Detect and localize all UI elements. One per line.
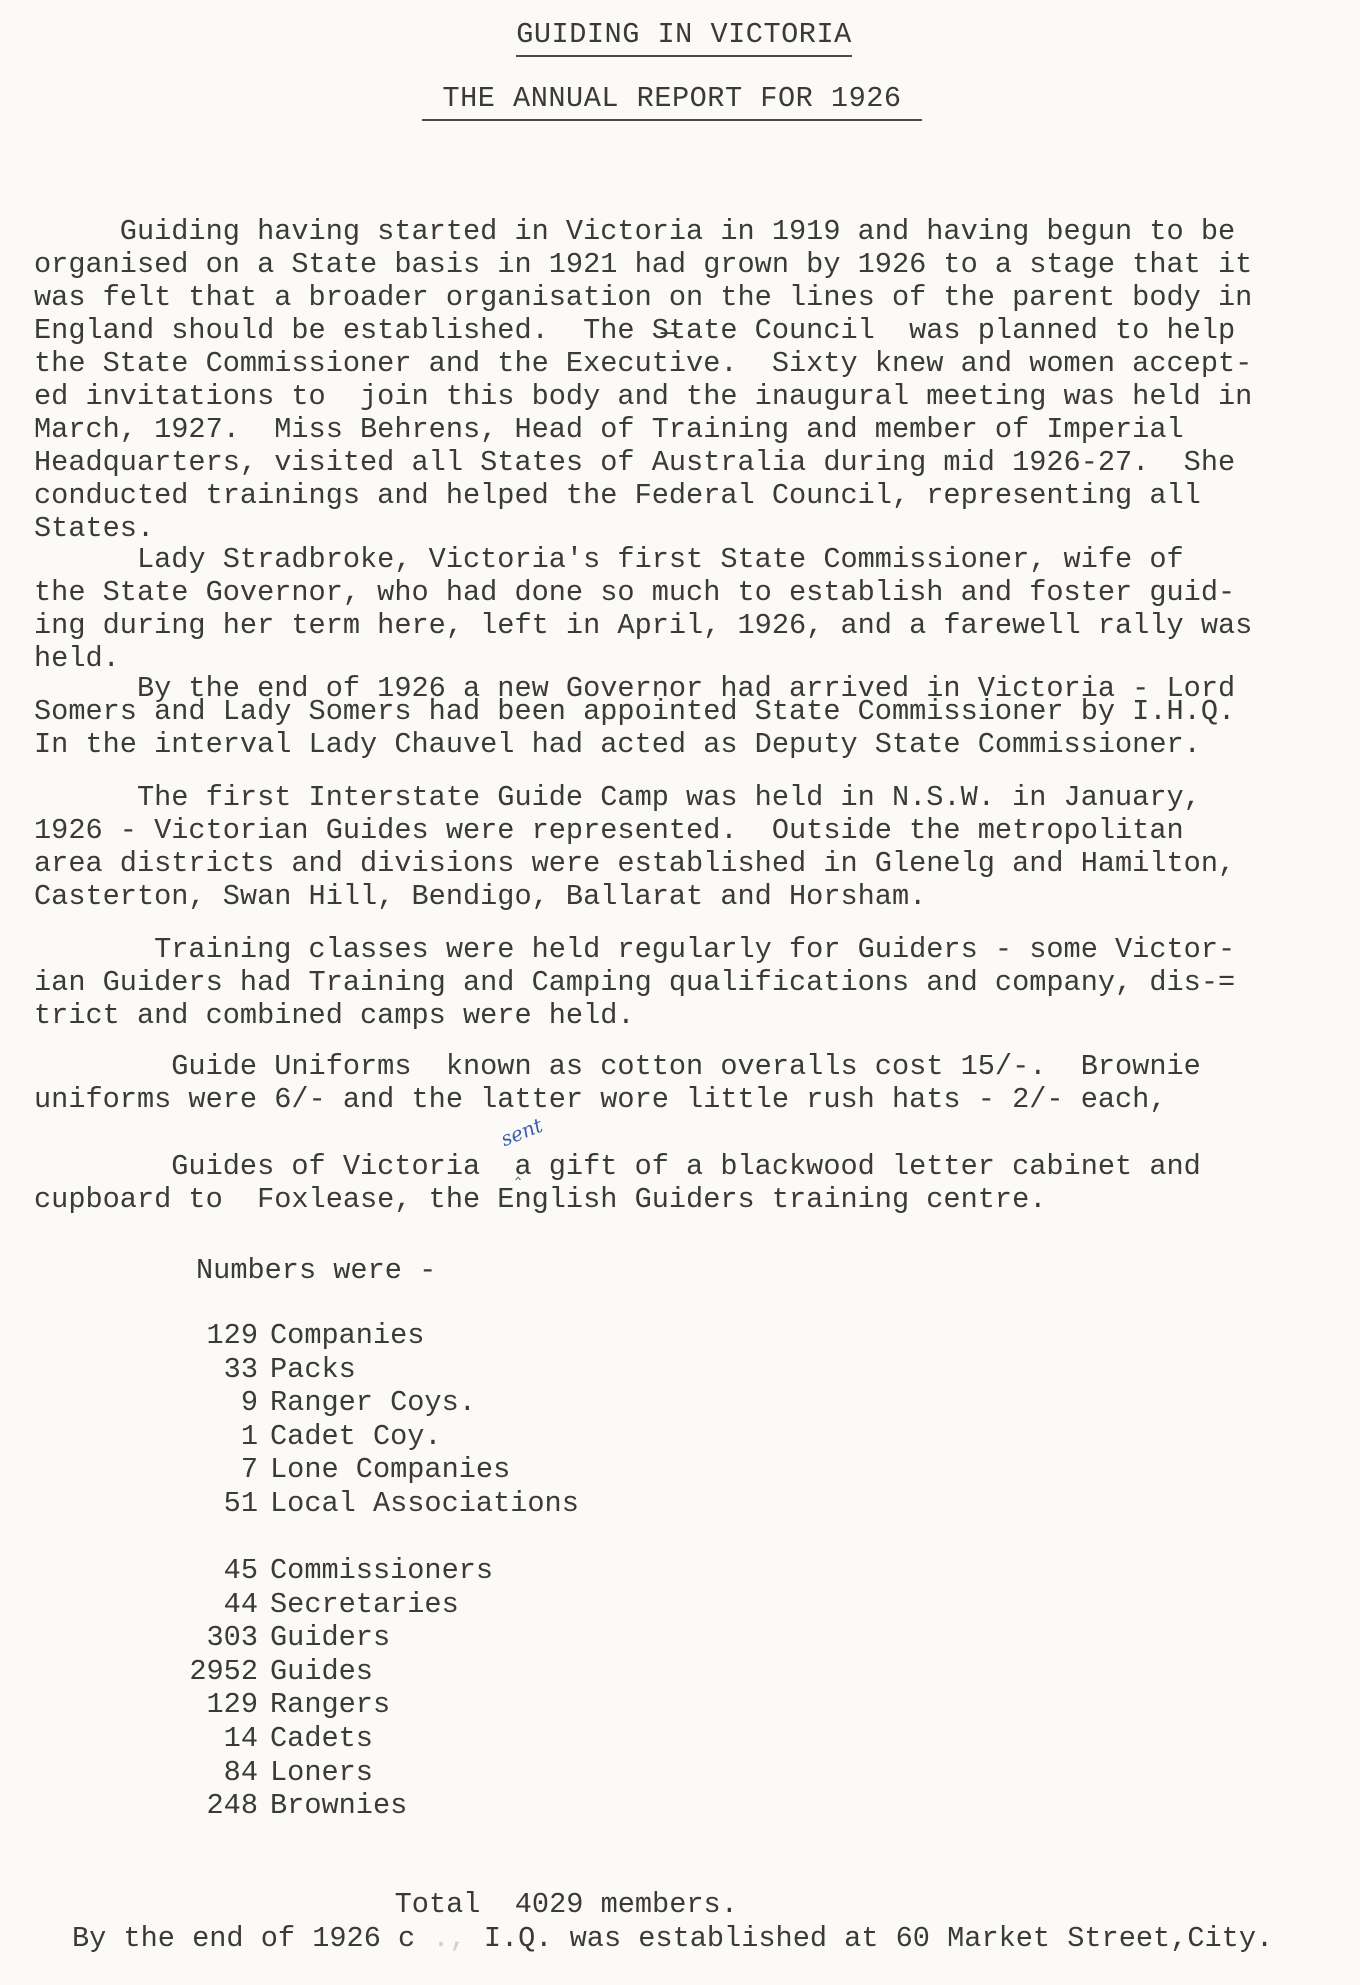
- paragraph-line: England should be established. The S̶tat…: [34, 317, 1235, 346]
- count-row: 45Commissioners: [178, 1557, 493, 1586]
- count-value: 44: [178, 1591, 258, 1620]
- paragraph-line: Guiding having started in Victoria in 19…: [34, 218, 1235, 247]
- numbers-heading: Numbers were -: [196, 1257, 436, 1286]
- paragraph-line: the State Commissioner and the Executive…: [34, 350, 1252, 379]
- count-value: 45: [178, 1557, 258, 1586]
- count-value: 7: [178, 1456, 258, 1485]
- count-value: 2952: [178, 1658, 258, 1687]
- count-label: Guiders: [270, 1621, 390, 1654]
- count-label: Loners: [270, 1756, 373, 1789]
- document-title: GUIDING IN VICTORIA: [516, 18, 852, 57]
- count-value: 248: [178, 1792, 258, 1821]
- count-row: 9Ranger Coys.: [178, 1389, 476, 1418]
- handwritten-annotation: sent: [497, 1113, 546, 1151]
- count-label: Packs: [270, 1353, 356, 1386]
- count-row: 248Brownies: [178, 1792, 407, 1821]
- paragraph-line: was felt that a broader organisation on …: [34, 284, 1252, 313]
- count-label: Cadets: [270, 1722, 373, 1755]
- document-subtitle-wrap: THE ANNUAL REPORT FOR 1926: [0, 82, 1360, 121]
- paragraph-line: ed invitations to join this body and the…: [34, 383, 1252, 412]
- count-value: 33: [178, 1356, 258, 1385]
- document-page: GUIDING IN VICTORIA THE ANNUAL REPORT FO…: [0, 0, 1360, 1985]
- paragraph-line: March, 1927. Miss Behrens, Head of Train…: [34, 416, 1184, 445]
- paragraph-line: the State Governor, who had done so much…: [34, 579, 1235, 608]
- total-value: 4029: [515, 1888, 584, 1921]
- count-label: Guides: [270, 1655, 373, 1688]
- count-row: 14Cadets: [178, 1725, 373, 1754]
- count-value: 1: [178, 1423, 258, 1452]
- count-value: 84: [178, 1759, 258, 1788]
- paragraph-line: Casterton, Swan Hill, Bendigo, Ballarat …: [34, 883, 926, 912]
- paragraph-line: Guide Uniforms known as cotton overalls …: [34, 1053, 1201, 1082]
- document-title-wrap: GUIDING IN VICTORIA: [0, 18, 1360, 57]
- paragraph-line: Training classes were held regularly for…: [34, 936, 1235, 965]
- count-value: 129: [178, 1691, 258, 1720]
- count-row: 44Secretaries: [178, 1591, 459, 1620]
- count-label: Brownies: [270, 1789, 407, 1822]
- paragraph-line: ian Guiders had Training and Camping qua…: [34, 969, 1235, 998]
- paragraph-line: Somers and Lady Somers had been appointe…: [34, 698, 1235, 727]
- count-row: 2952Guides: [178, 1658, 373, 1687]
- paragraph-line: 1926 - Victorian Guides were represented…: [34, 817, 1184, 846]
- paragraph-line: Lady Stradbroke, Victoria's first State …: [34, 546, 1184, 575]
- count-label: Commissioners: [270, 1554, 493, 1587]
- count-label: Ranger Coys.: [270, 1386, 476, 1419]
- paragraph-line: organised on a State basis in 1921 had g…: [34, 251, 1252, 280]
- paragraph-line: Guides of Victoria a gift of a blackwood…: [34, 1153, 1201, 1182]
- paragraph-line: ing during her term here, left in April,…: [34, 612, 1252, 641]
- total-suffix: members.: [601, 1888, 738, 1921]
- count-value: 129: [178, 1322, 258, 1351]
- count-value: 14: [178, 1725, 258, 1754]
- count-row: 7Lone Companies: [178, 1456, 510, 1485]
- paragraph-line: trict and combined camps were held.: [34, 1002, 635, 1031]
- count-label: Companies: [270, 1319, 424, 1352]
- closing-before: By the end of 1926 c: [72, 1922, 415, 1955]
- closing-line: By the end of 1926 c ., I.Q. was establi…: [72, 1925, 1273, 1954]
- count-label: Local Associations: [270, 1487, 579, 1520]
- closing-faded: .,: [415, 1922, 466, 1955]
- count-row: 1Cadet Coy.: [178, 1423, 442, 1452]
- count-label: Lone Companies: [270, 1453, 510, 1486]
- paragraph-line: cupboard to Foxlease, the English Guider…: [34, 1186, 1046, 1215]
- closing-after: I.Q. was established at 60 Market Street…: [467, 1922, 1273, 1955]
- count-label: Rangers: [270, 1688, 390, 1721]
- count-row: 129Rangers: [178, 1691, 390, 1720]
- insertion-caret-icon: ‸: [515, 1160, 521, 1181]
- paragraph-line: conducted trainings and helped the Feder…: [34, 482, 1201, 511]
- paragraph-line: uniforms were 6/- and the latter wore li…: [34, 1086, 1167, 1115]
- count-value: 303: [178, 1624, 258, 1653]
- count-row: 51Local Associations: [178, 1490, 579, 1519]
- count-row: 303Guiders: [178, 1624, 390, 1653]
- count-row: 33Packs: [178, 1356, 356, 1385]
- count-label: Secretaries: [270, 1588, 459, 1621]
- count-row: 84Loners: [178, 1759, 373, 1788]
- paragraph-line: held.: [34, 645, 120, 674]
- document-subtitle: THE ANNUAL REPORT FOR 1926: [422, 82, 921, 121]
- paragraph-line: In the interval Lady Chauvel had acted a…: [34, 731, 1201, 760]
- paragraph-line: States.: [34, 515, 154, 544]
- paragraph-line: Headquarters, visited all States of Aust…: [34, 449, 1235, 478]
- paragraph-line: The first Interstate Guide Camp was held…: [34, 784, 1201, 813]
- count-label: Cadet Coy.: [270, 1420, 442, 1453]
- count-row: 129Companies: [178, 1322, 424, 1351]
- count-value: 51: [178, 1490, 258, 1519]
- paragraph-line: area districts and divisions were establ…: [34, 850, 1235, 879]
- total-label: Total: [395, 1888, 481, 1921]
- count-value: 9: [178, 1389, 258, 1418]
